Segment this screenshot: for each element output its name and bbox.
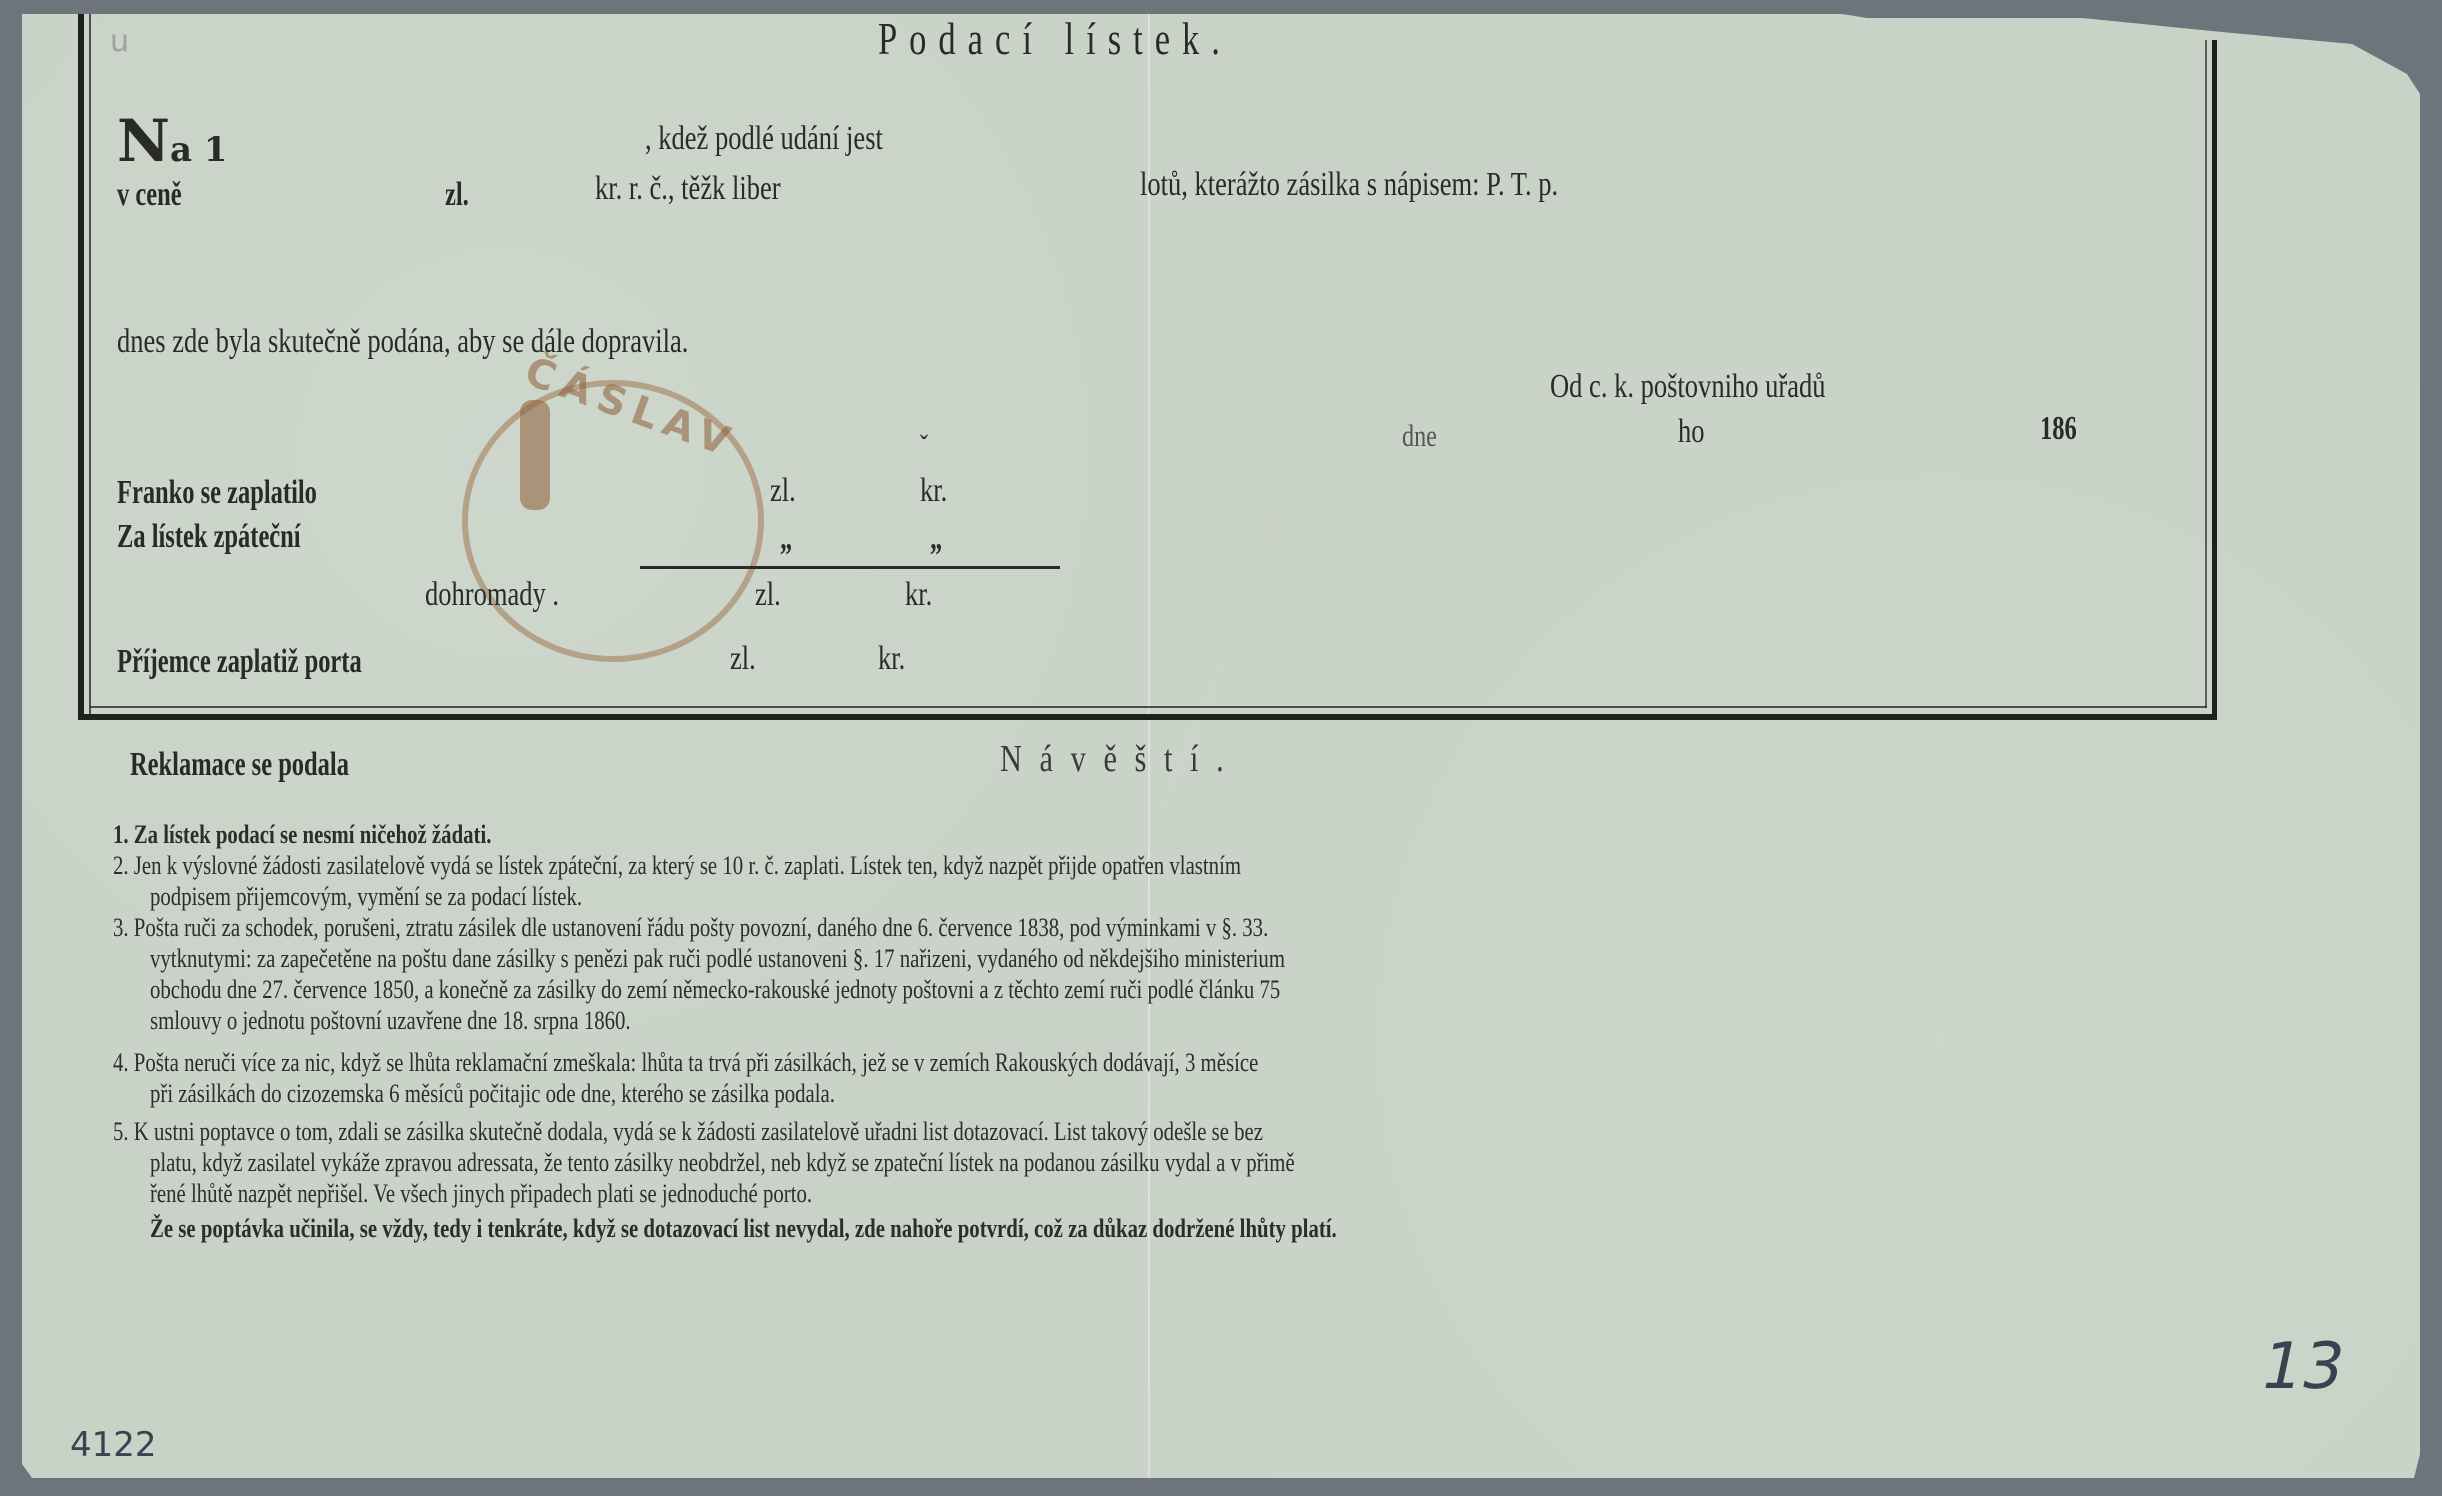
notice-line: 4. Pošta neruči více za nic, když se lhů… [113,1050,1258,1076]
caron-mark: ˇ [920,430,928,461]
fee-label-recipient: Příjemce zaplatiž porta [117,645,362,679]
notice-line: 5. K ustni poptavce o tom, zdali se zási… [113,1119,1263,1145]
notice-line: platu, když zasilatel vykáže zpravou adr… [150,1150,1295,1176]
lots-address-label: lotů, kterážto zásilka s nápisem: P. T. … [1140,168,1558,202]
frame-border-right-inner [2205,40,2207,708]
sum-rule [640,566,1060,569]
number-label: Na 1 [117,112,228,170]
frame-border-bottom [78,714,2217,720]
reklamace-label: Reklamace se podala [130,748,349,782]
fee-zl-total: zl. [755,578,781,612]
notice-heading: Návěští. [1000,740,1241,778]
fee-label-return: Za lístek zpáteční [117,520,301,554]
fee-zl-recipient: zl. [730,642,756,676]
fee-label-total: dohromady . [425,578,559,612]
notice-line: obchodu dne 27. července 1850, a konečně… [150,977,1280,1003]
frame-border-right [2212,40,2217,720]
price-kr-weight: kr. r. č., těžk liber [595,172,781,206]
handwritten-number-right: 13 [2254,1330,2351,1404]
fee-label-franko: Franko se zaplatilo [117,476,317,510]
notice-line: smlouvy o jednotu poštovní uzavřene dne … [150,1008,631,1034]
office-label: Od c. k. poštovniho uřadů [1550,370,1825,404]
notice-line: 3. Pošta ruči za schodek, porušeni, ztra… [113,915,1268,941]
number-label-n: N [117,107,170,175]
date-dne: dne [1402,420,1437,451]
price-label: v ceně [117,178,182,212]
fee-kr-return: „ [930,522,942,556]
fee-kr-franko: kr. [920,474,947,508]
notice-line: řené lhůtě nazpět nepřišel. Ve všech jin… [150,1181,812,1207]
fee-zl-return: „ [780,522,792,556]
handwritten-number-left: 4122 [70,1425,157,1465]
fee-zl-franko: zl. [770,474,796,508]
notice-line: při zásilkách do cizozemska 6 měsíců poč… [150,1081,835,1107]
date-ho: ho [1678,415,1705,449]
date-year: 186 [2040,412,2077,446]
notice-line: 1. Za lístek podací se nesmí ničehož žád… [113,822,491,848]
notice-line: Že se poptávka učinila, se vždy, tedy i … [150,1216,1337,1242]
notice-line: vytknutymi: za zapečetěne na poštu dane … [150,946,1285,972]
notice-line: podpisem přijemcovým, vymění se za podac… [150,884,582,910]
number-label-rest: a 1 [170,130,228,170]
form-title: Podací lístek. [878,16,1232,62]
frame-border-bottom-inner [90,706,2207,708]
declared-text: , kdež podlé udání jest [645,122,883,156]
fee-kr-recipient: kr. [878,642,905,676]
submitted-line: dnes zde byla skutečně podána, aby se dá… [117,325,688,359]
postmark-digit [520,400,550,510]
fee-kr-total: kr. [905,578,932,612]
notice-line: 2. Jen k výslovné žádosti zasilatelově v… [113,853,1241,879]
corner-mark: u [110,24,129,59]
price-zl: zl. [445,178,469,212]
frame-border-left-inner [89,14,91,714]
frame-border-left [78,14,84,720]
